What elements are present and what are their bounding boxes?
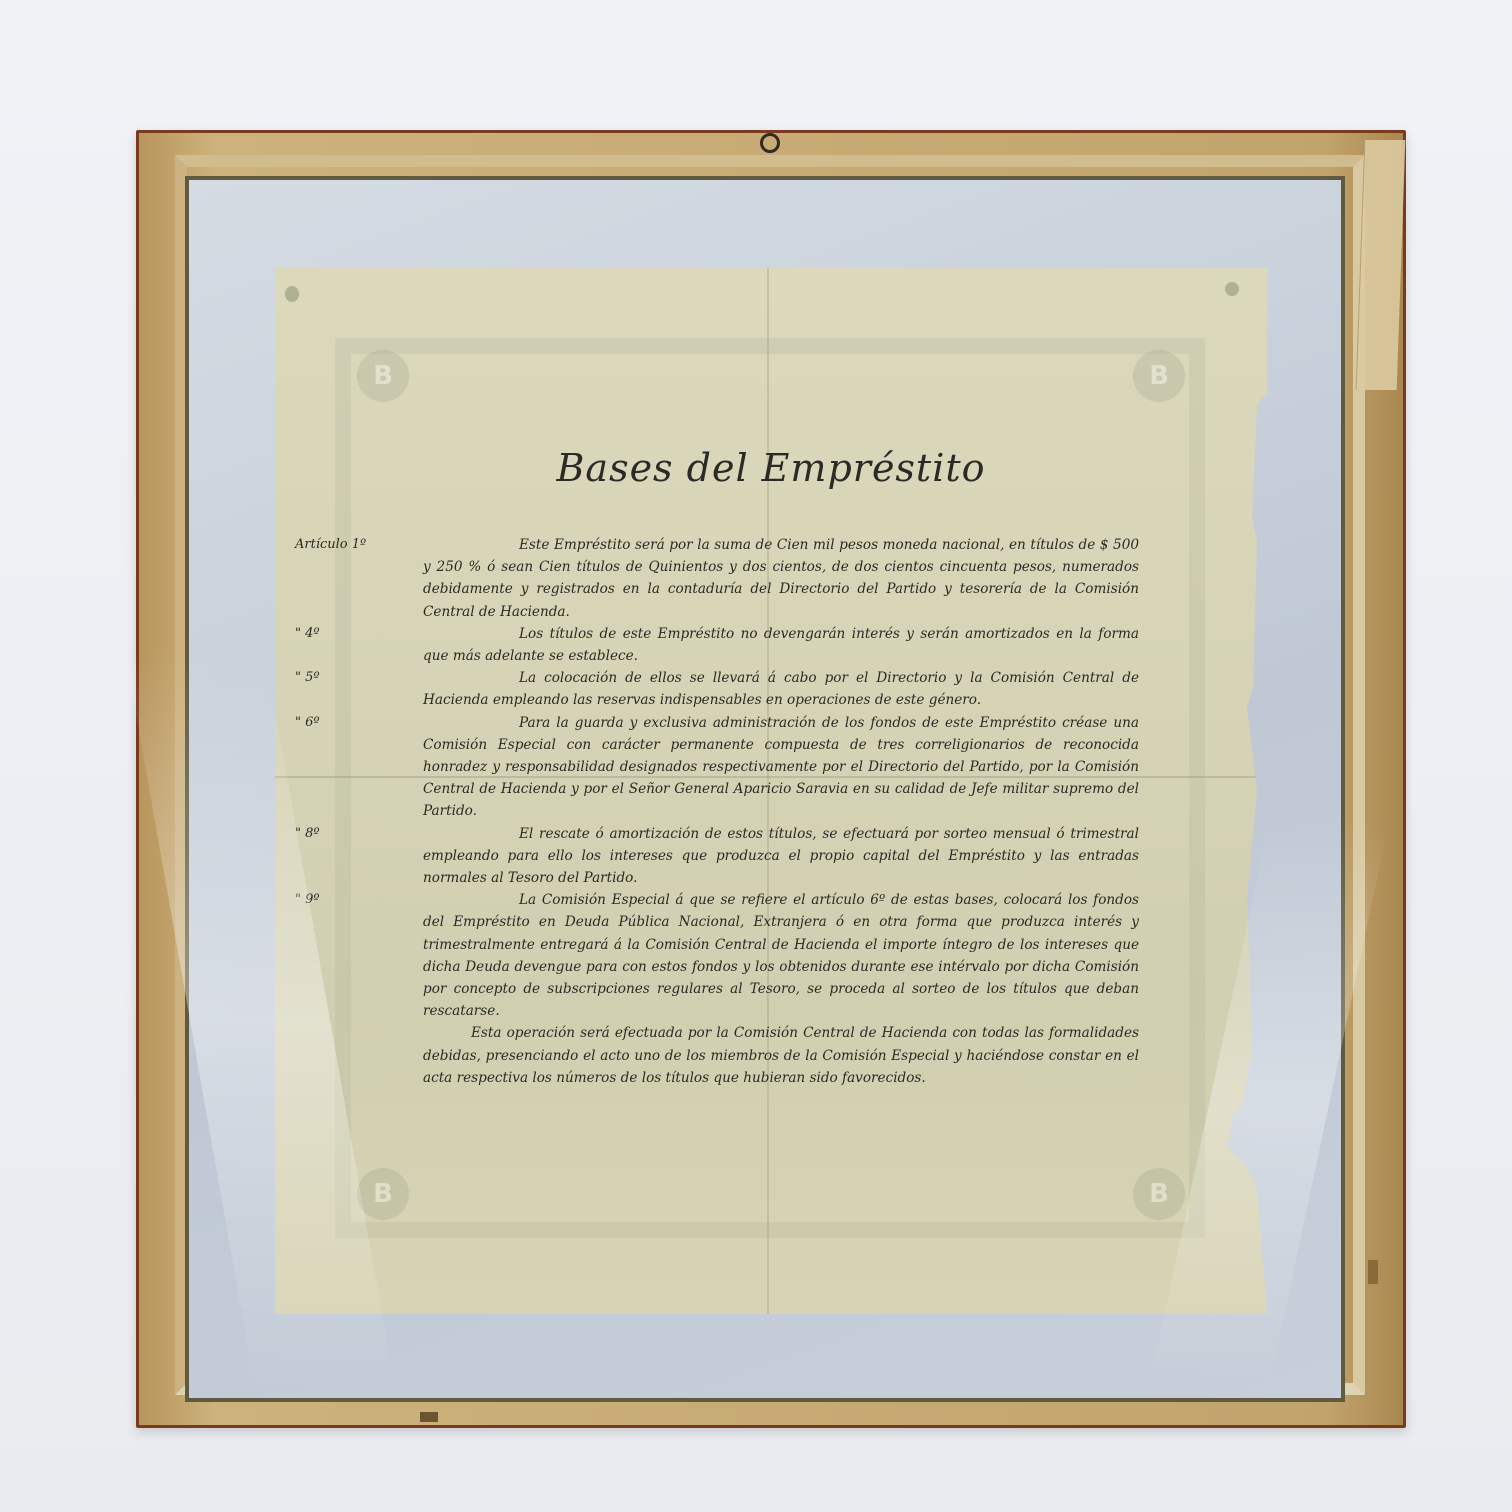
watermark-seal-icon: B	[357, 1168, 409, 1220]
frame-chip	[420, 1412, 438, 1422]
article-label: " 5º	[295, 667, 415, 689]
article-label: Artículo 1º	[295, 534, 415, 556]
article-1: Artículo 1º Este Empréstito será por la …	[423, 534, 1139, 623]
closing-paragraph: Esta operación será efectuada por la Com…	[423, 1022, 1139, 1089]
watermark-seal-icon: B	[1133, 350, 1185, 402]
frame-chip	[1368, 1260, 1378, 1284]
hanging-ring-icon	[760, 133, 780, 153]
article-text: Este Empréstito será por la suma de Cien…	[423, 534, 1139, 623]
article-6: " 6º Para la guarda y exclusiva administ…	[423, 712, 1139, 823]
article-label: " 4º	[295, 623, 415, 645]
article-text: El rescate ó amortización de estos títul…	[423, 823, 1139, 890]
watermark-seal-icon: B	[357, 350, 409, 402]
article-label: " 8º	[295, 823, 415, 845]
article-text: Para la guarda y exclusiva administració…	[423, 712, 1139, 823]
article-text: La Comisión Especial á que se refiere el…	[423, 889, 1139, 1022]
article-label: " 6º	[295, 712, 415, 734]
closing-text: Esta operación será efectuada por la Com…	[423, 1022, 1139, 1089]
article-4: " 4º Los títulos de este Empréstito no d…	[423, 623, 1139, 667]
article-5: " 5º La colocación de ellos se llevará á…	[423, 667, 1139, 711]
document-title: Bases del Empréstito	[275, 446, 1267, 490]
watermark-seal-icon: B	[1133, 1168, 1185, 1220]
article-text: Los títulos de este Empréstito no deveng…	[423, 623, 1139, 667]
water-stain	[285, 286, 299, 302]
article-8: " 8º El rescate ó amortización de estos …	[423, 823, 1139, 890]
article-label: " 9º	[295, 889, 415, 911]
document-paper: B B B B Bases del Empréstito Artículo 1º…	[275, 268, 1267, 1314]
article-9: " 9º La Comisión Especial á que se refie…	[423, 889, 1139, 1022]
torn-backing-tape	[1356, 140, 1406, 390]
article-text: La colocación de ellos se llevará á cabo…	[423, 667, 1139, 711]
water-stain	[1225, 282, 1239, 296]
document-body: Artículo 1º Este Empréstito será por la …	[423, 534, 1139, 1089]
